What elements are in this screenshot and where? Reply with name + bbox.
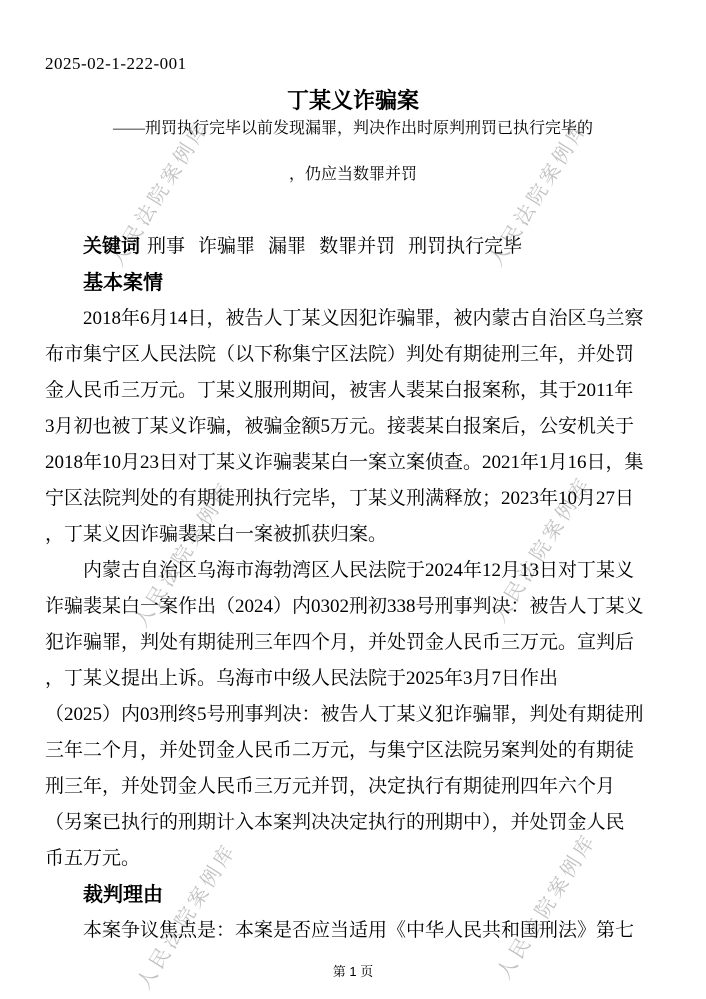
keyword-item: 漏罪	[268, 236, 306, 257]
text-line: 2018年10月23日对丁某义诈骗裴某白一案立案侦查。2021年1月16日，集	[45, 445, 661, 481]
text-line: 2018年6月14日，被告人丁某义因犯诈骗罪，被内蒙古自治区乌兰察	[45, 301, 661, 337]
case-subtitle: ——刑罚执行完毕以前发现漏罪，判决作出时原判刑罚已执行完毕的 ，仍应当数罪并罚	[30, 106, 676, 198]
text-line: （2025）内03刑终5号刑事判决：被告人丁某义犯诈骗罪，判处有期徒刑	[45, 697, 661, 733]
text-line: 刑三年，并处罚金人民币三万元并罚，决定执行有期徒刑四年六个月	[45, 769, 661, 805]
document-content: 关键词刑事诈骗罪漏罪数罪并罚刑罚执行完毕 基本案情 2018年6月14日，被告人…	[45, 229, 661, 949]
paragraph: 本案争议焦点是：本案是否应当适用《中华人民共和国刑法》第七	[45, 913, 661, 949]
paragraph: 内蒙古自治区乌海市海勃湾区人民法院于2024年12月13日对丁某义诈骗裴某白一案…	[45, 553, 661, 877]
text-line: （另案已执行的刑期计入本案判决决定执行的刑期中），并处罚金人民	[45, 805, 661, 841]
case-subtitle-line: ——刑罚执行完毕以前发现漏罪，判决作出时原判刑罚已执行完毕的	[30, 106, 676, 152]
section-heading: 裁判理由	[45, 877, 661, 913]
keyword-item: 刑罚执行完毕	[408, 236, 522, 257]
text-line: 金人民币三万元。丁某义服刑期间，被害人裴某白报案称，其于2011年	[45, 373, 661, 409]
keywords-line: 关键词刑事诈骗罪漏罪数罪并罚刑罚执行完毕	[45, 229, 661, 265]
document-body: 基本案情 2018年6月14日，被告人丁某义因犯诈骗罪，被内蒙古自治区乌兰察布市…	[45, 265, 661, 949]
text-line: 本案争议焦点是：本案是否应当适用《中华人民共和国刑法》第七	[45, 913, 661, 949]
text-line: 三年二个月，并处罚金人民币二万元，与集宁区法院另案判处的有期徒	[45, 733, 661, 769]
keywords-items: 刑事诈骗罪漏罪数罪并罚刑罚执行完毕	[147, 236, 535, 257]
keywords-label: 关键词	[83, 236, 140, 257]
text-line: 宁区法院判处的有期徒刑执行完毕，丁某义刑满释放；2023年10月27日	[45, 481, 661, 517]
text-line: 内蒙古自治区乌海市海勃湾区人民法院于2024年12月13日对丁某义	[45, 553, 661, 589]
text-line: ，丁某义因诈骗裴某白一案被抓获归案。	[45, 517, 661, 553]
text-line: 犯诈骗罪，判处有期徒刑三年四个月，并处罚金人民币三万元。宣判后	[45, 625, 661, 661]
text-line: ，丁某义提出上诉。乌海市中级人民法院于2025年3月7日作出	[45, 661, 661, 697]
keyword-item: 刑事	[147, 236, 185, 257]
text-line: 3月初也被丁某义诈骗，被骗金额5万元。接裴某白报案后，公安机关于	[45, 409, 661, 445]
document-number: 2025-02-1-222-001	[45, 54, 187, 74]
page-footer: 第 1 页	[0, 961, 706, 980]
text-line: 币五万元。	[45, 841, 661, 877]
section-heading: 基本案情	[45, 265, 661, 301]
keyword-item: 数罪并罚	[319, 236, 395, 257]
paragraph: 2018年6月14日，被告人丁某义因犯诈骗罪，被内蒙古自治区乌兰察布市集宁区人民…	[45, 301, 661, 553]
text-line: 诈骗裴某白一案作出（2024）内0302刑初338号刑事判决：被告人丁某义	[45, 589, 661, 625]
case-subtitle-line: ，仍应当数罪并罚	[30, 152, 676, 198]
document-page: 人民法院案例库 人民法院案例库 人民法院案例库 人民法院案例库 人民法院案例库 …	[0, 0, 706, 999]
keyword-item: 诈骗罪	[198, 236, 255, 257]
text-line: 布市集宁区人民法院（以下称集宁区法院）判处有期徒刑三年，并处罚	[45, 337, 661, 373]
